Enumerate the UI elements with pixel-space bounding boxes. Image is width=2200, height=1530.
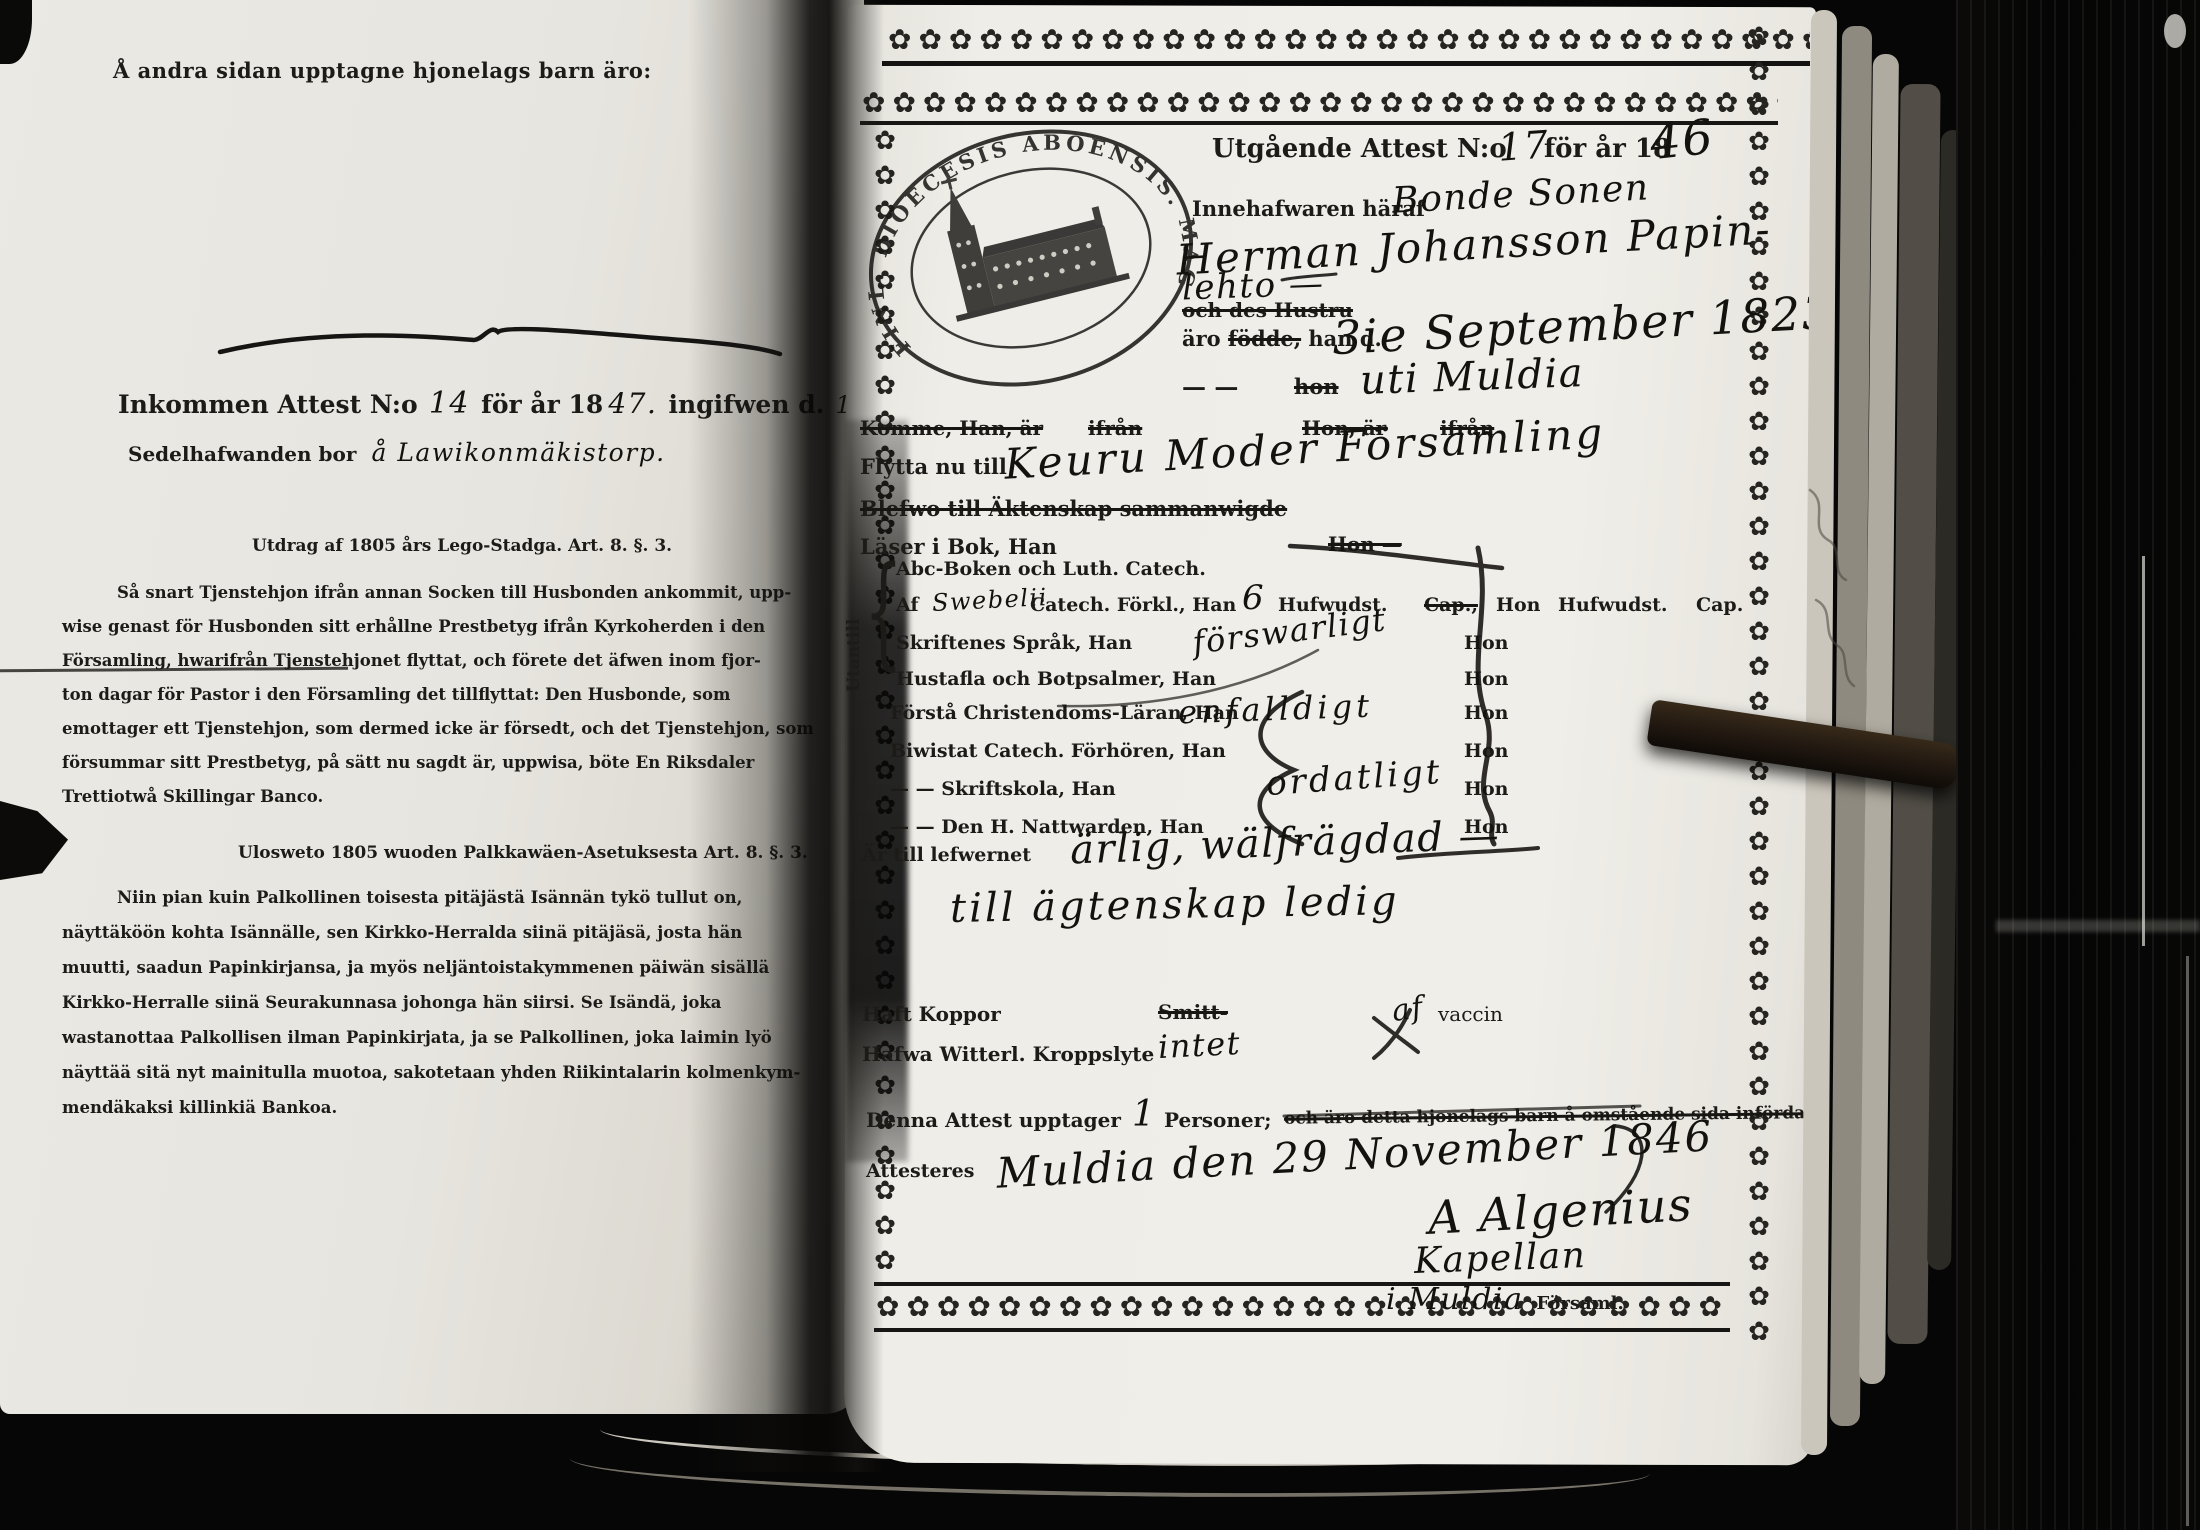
incoming-attest-number: 14 — [429, 386, 470, 421]
finnish-line: Niin pian kuin Palkollinen toisesta pitä… — [117, 888, 742, 907]
edge-scribble-icon — [1790, 480, 1880, 700]
swedish-statute-title: Utdrag af 1805 års Lego-Stadga. Art. 8. … — [252, 536, 672, 556]
scan-background — [1956, 0, 2200, 1530]
swedish-line: ton dagar för Pastor i den Församling de… — [62, 685, 730, 704]
swedish-line: Trettiotwå Skillingar Banco. — [62, 787, 323, 806]
finnish-line: mendäkaksi killinkiä Bankoa. — [62, 1098, 337, 1117]
holder-residence-line: Sedelhafwanden bor å Lawikonmäkistorp. — [128, 438, 666, 467]
pen-strokes-icon — [850, 0, 1810, 1360]
finnish-line: Kirkko-Herralle siinä Seurakunnasa johon… — [62, 993, 721, 1012]
incoming-attest-year: 47. — [608, 387, 657, 420]
incoming-attest-year-label: för år 18 — [481, 390, 603, 419]
finnish-line: näyttäköön kohta Isännälle, sen Kirkko-H… — [62, 923, 742, 942]
film-scratch — [2186, 956, 2189, 1526]
residence-label: Sedelhafwanden bor — [128, 442, 356, 466]
residence-written: å Lawikonmäkistorp. — [371, 438, 665, 467]
note-children: Å andra sidan upptagne hjonelags barn är… — [113, 58, 652, 83]
swedish-line: wise genast för Husbonden sitt erhållne … — [62, 617, 765, 636]
film-mark — [2164, 14, 2186, 48]
swedish-line: försummar sitt Prestbetyg, på sätt nu sa… — [62, 753, 754, 772]
film-streak — [1996, 920, 2200, 932]
incoming-attest-label: Inkommen Attest N:o — [118, 390, 418, 419]
outgoing-attest-year: 46 — [1647, 109, 1717, 171]
document-scan: Å andra sidan upptagne hjonelags barn är… — [0, 0, 2200, 1530]
finnish-line: wastanottaa Palkollisen ilman Papinkirja… — [62, 1028, 772, 1047]
film-scratch — [2142, 556, 2145, 946]
finnish-line: muutti, saadun Papinkirjansa, ja myös ne… — [62, 958, 769, 977]
